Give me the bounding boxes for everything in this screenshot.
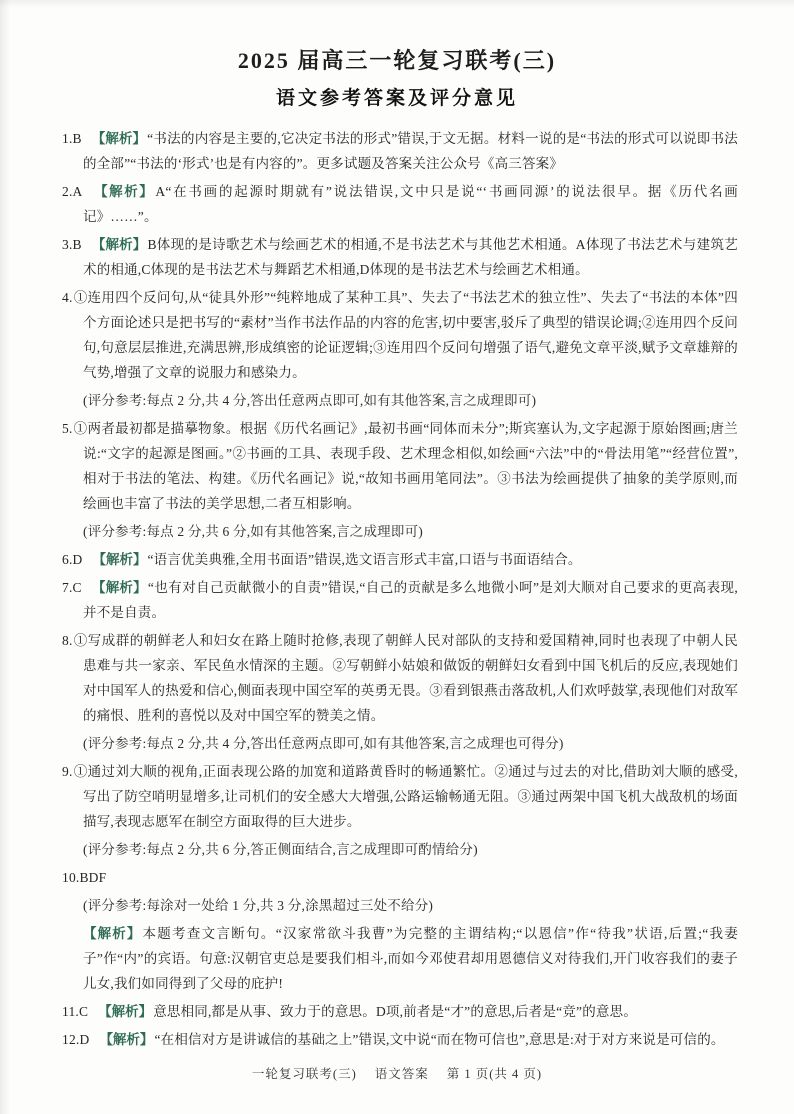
answer-text: “在相信对方是讲诚信的基础之上”错误,文中说“而在物可信也”,意思是:对于对方来… bbox=[154, 1032, 724, 1047]
answer-text: B体现的是诗歌艺术与绘画艺术的相通,不是书法艺术与其他艺术相通。A体现了书法艺术… bbox=[83, 237, 738, 277]
answer-text: 意思相同,都是从事、致力于的意思。D项,前者是“才”的意思,后者是“竞”的意思。 bbox=[153, 1004, 637, 1019]
answer-number: 6.D bbox=[62, 552, 82, 567]
answer-number: 5. bbox=[62, 421, 73, 436]
score-note: (评分参考:每点 2 分,共 6 分,答正侧面结合,言之成理即可酌情给分) bbox=[62, 837, 738, 862]
answer-text: “书法的内容是主要的,它决定书法的形式”错误,于文无据。材料一说的是“书法的形式… bbox=[83, 131, 738, 171]
analysis-label: 【解析】 bbox=[92, 131, 146, 146]
answer-item-2: 2.A【解析】A“在书画的起源时期就有”说法错误,文中只是说“‘书画同源’的说法… bbox=[62, 179, 738, 229]
answer-text: A“在书画的起源时期就有”说法错误,文中只是说“‘书画同源’的说法很早。据《历代… bbox=[83, 184, 738, 224]
answer-number: 7.C bbox=[62, 580, 82, 595]
score-note: (评分参考:每涂对一处给 1 分,共 3 分,涂黑超过三处不给分) bbox=[62, 893, 738, 918]
answer-number: 3.B bbox=[62, 237, 82, 252]
answer-item-6: 6.D【解析】“语言优美典雅,全用书面语”错误,选文语言形式丰富,口语与书面语结… bbox=[62, 547, 738, 572]
score-note: (评分参考:每点 2 分,共 6 分,如有其他答案,言之成理即可) bbox=[62, 519, 738, 544]
answer-text: “语言优美典雅,全用书面语”错误,选文语言形式丰富,口语与书面语结合。 bbox=[147, 552, 581, 567]
analysis-label: 【解析】 bbox=[92, 237, 147, 252]
answer-text: ①两者最初都是描摹物象。根据《历代名画记》,最初书画“同体而未分”;斯宾塞认为,… bbox=[74, 421, 738, 511]
score-note: (评分参考:每点 2 分,共 4 分,答出任意两点即可,如有其他答案,言之成理即… bbox=[62, 388, 738, 413]
answer-number: 9. bbox=[62, 764, 73, 779]
page-footer: 一轮复习联考(三)语文答案第 1 页(共 4 页) bbox=[0, 1064, 794, 1082]
answer-number: 8. bbox=[62, 633, 73, 648]
analysis-label: 【解析】 bbox=[92, 184, 154, 199]
answer-item-1: 1.B【解析】“书法的内容是主要的,它决定书法的形式”错误,于文无据。材料一说的… bbox=[62, 126, 738, 176]
analysis-label: 【解析】 bbox=[99, 1032, 153, 1047]
answer-item-4: 4.①连用四个反问句,从“徒具外形”“纯粹地成了某种工具”、失去了“书法艺术的独… bbox=[62, 285, 738, 385]
score-note: (评分参考:每点 2 分,共 4 分,答出任意两点即可,如有其他答案,言之成理也… bbox=[62, 731, 738, 756]
doc-title: 2025 届高三一轮复习联考(三) bbox=[0, 44, 794, 75]
answer-text: ①连用四个反问句,从“徒具外形”“纯粹地成了某种工具”、失去了“书法艺术的独立性… bbox=[74, 290, 738, 380]
answer-number: 4. bbox=[62, 290, 73, 305]
answer-item-9: 9.①通过刘大顺的视角,正面表现公路的加宽和道路黄昏时的畅通繁忙。②通过与过去的… bbox=[62, 759, 738, 834]
answer-text: “也有对自己贡献微小的自责”错误,“自己的贡献是多么地微小呵”是刘大顺对自己要求… bbox=[83, 580, 738, 620]
answer-text: ①通过刘大顺的视角,正面表现公路的加宽和道路黄昏时的畅通繁忙。②通过与过去的对比… bbox=[74, 764, 738, 829]
answer-item-11: 11.C【解析】意思相同,都是从事、致力于的意思。D项,前者是“才”的意思,后者… bbox=[62, 999, 738, 1024]
footer-subject: 语文答案 bbox=[375, 1067, 429, 1081]
answer-number: 10.BDF bbox=[62, 870, 106, 885]
footer-exam-name: 一轮复习联考(三) bbox=[252, 1067, 357, 1081]
answer-item-8: 8.①写成群的朝鲜老人和妇女在路上随时抢修,表现了朝鲜人民对部队的支持和爱国精神… bbox=[62, 628, 738, 728]
answer-text: ①写成群的朝鲜老人和妇女在路上随时抢修,表现了朝鲜人民对部队的支持和爱国精神,同… bbox=[74, 633, 738, 723]
answer-item-7: 7.C【解析】“也有对自己贡献微小的自责”错误,“自己的贡献是多么地微小呵”是刘… bbox=[62, 575, 738, 625]
answer-number: 11.C bbox=[62, 1004, 88, 1019]
analysis-label: 【解析】 bbox=[98, 1004, 152, 1019]
answer-number: 2.A bbox=[62, 184, 82, 199]
answer-item-10: 10.BDF bbox=[62, 865, 738, 890]
answer-number: 1.B bbox=[62, 131, 82, 146]
answer-item-10-analysis: 【解析】本题考查文言断句。“汉家常欲斗我曹”为完整的主谓结构;“以恩信”作“待我… bbox=[62, 921, 738, 996]
answer-number: 12.D bbox=[62, 1032, 89, 1047]
answer-sheet-page: 2025 届高三一轮复习联考(三) 语文参考答案及评分意见 1.B【解析】“书法… bbox=[0, 0, 794, 1114]
analysis-label: 【解析】 bbox=[92, 552, 146, 567]
answers-list: 1.B【解析】“书法的内容是主要的,它决定书法的形式”错误,于文无据。材料一说的… bbox=[0, 126, 794, 1052]
answer-item-5: 5.①两者最初都是描摹物象。根据《历代名画记》,最初书画“同体而未分”;斯宾塞认… bbox=[62, 416, 738, 516]
footer-page-number: 第 1 页(共 4 页) bbox=[447, 1067, 542, 1081]
answer-item-12: 12.D【解析】“在相信对方是讲诚信的基础之上”错误,文中说“而在物可信也”,意… bbox=[62, 1027, 738, 1052]
analysis-label: 【解析】 bbox=[92, 580, 147, 595]
analysis-label: 【解析】 bbox=[83, 926, 141, 941]
doc-subtitle: 语文参考答案及评分意见 bbox=[0, 83, 794, 110]
answer-item-3: 3.B【解析】B体现的是诗歌艺术与绘画艺术的相通,不是书法艺术与其他艺术相通。A… bbox=[62, 232, 738, 282]
answer-text: 本题考查文言断句。“汉家常欲斗我曹”为完整的主谓结构;“以恩信”作“待我”状语,… bbox=[83, 926, 738, 991]
